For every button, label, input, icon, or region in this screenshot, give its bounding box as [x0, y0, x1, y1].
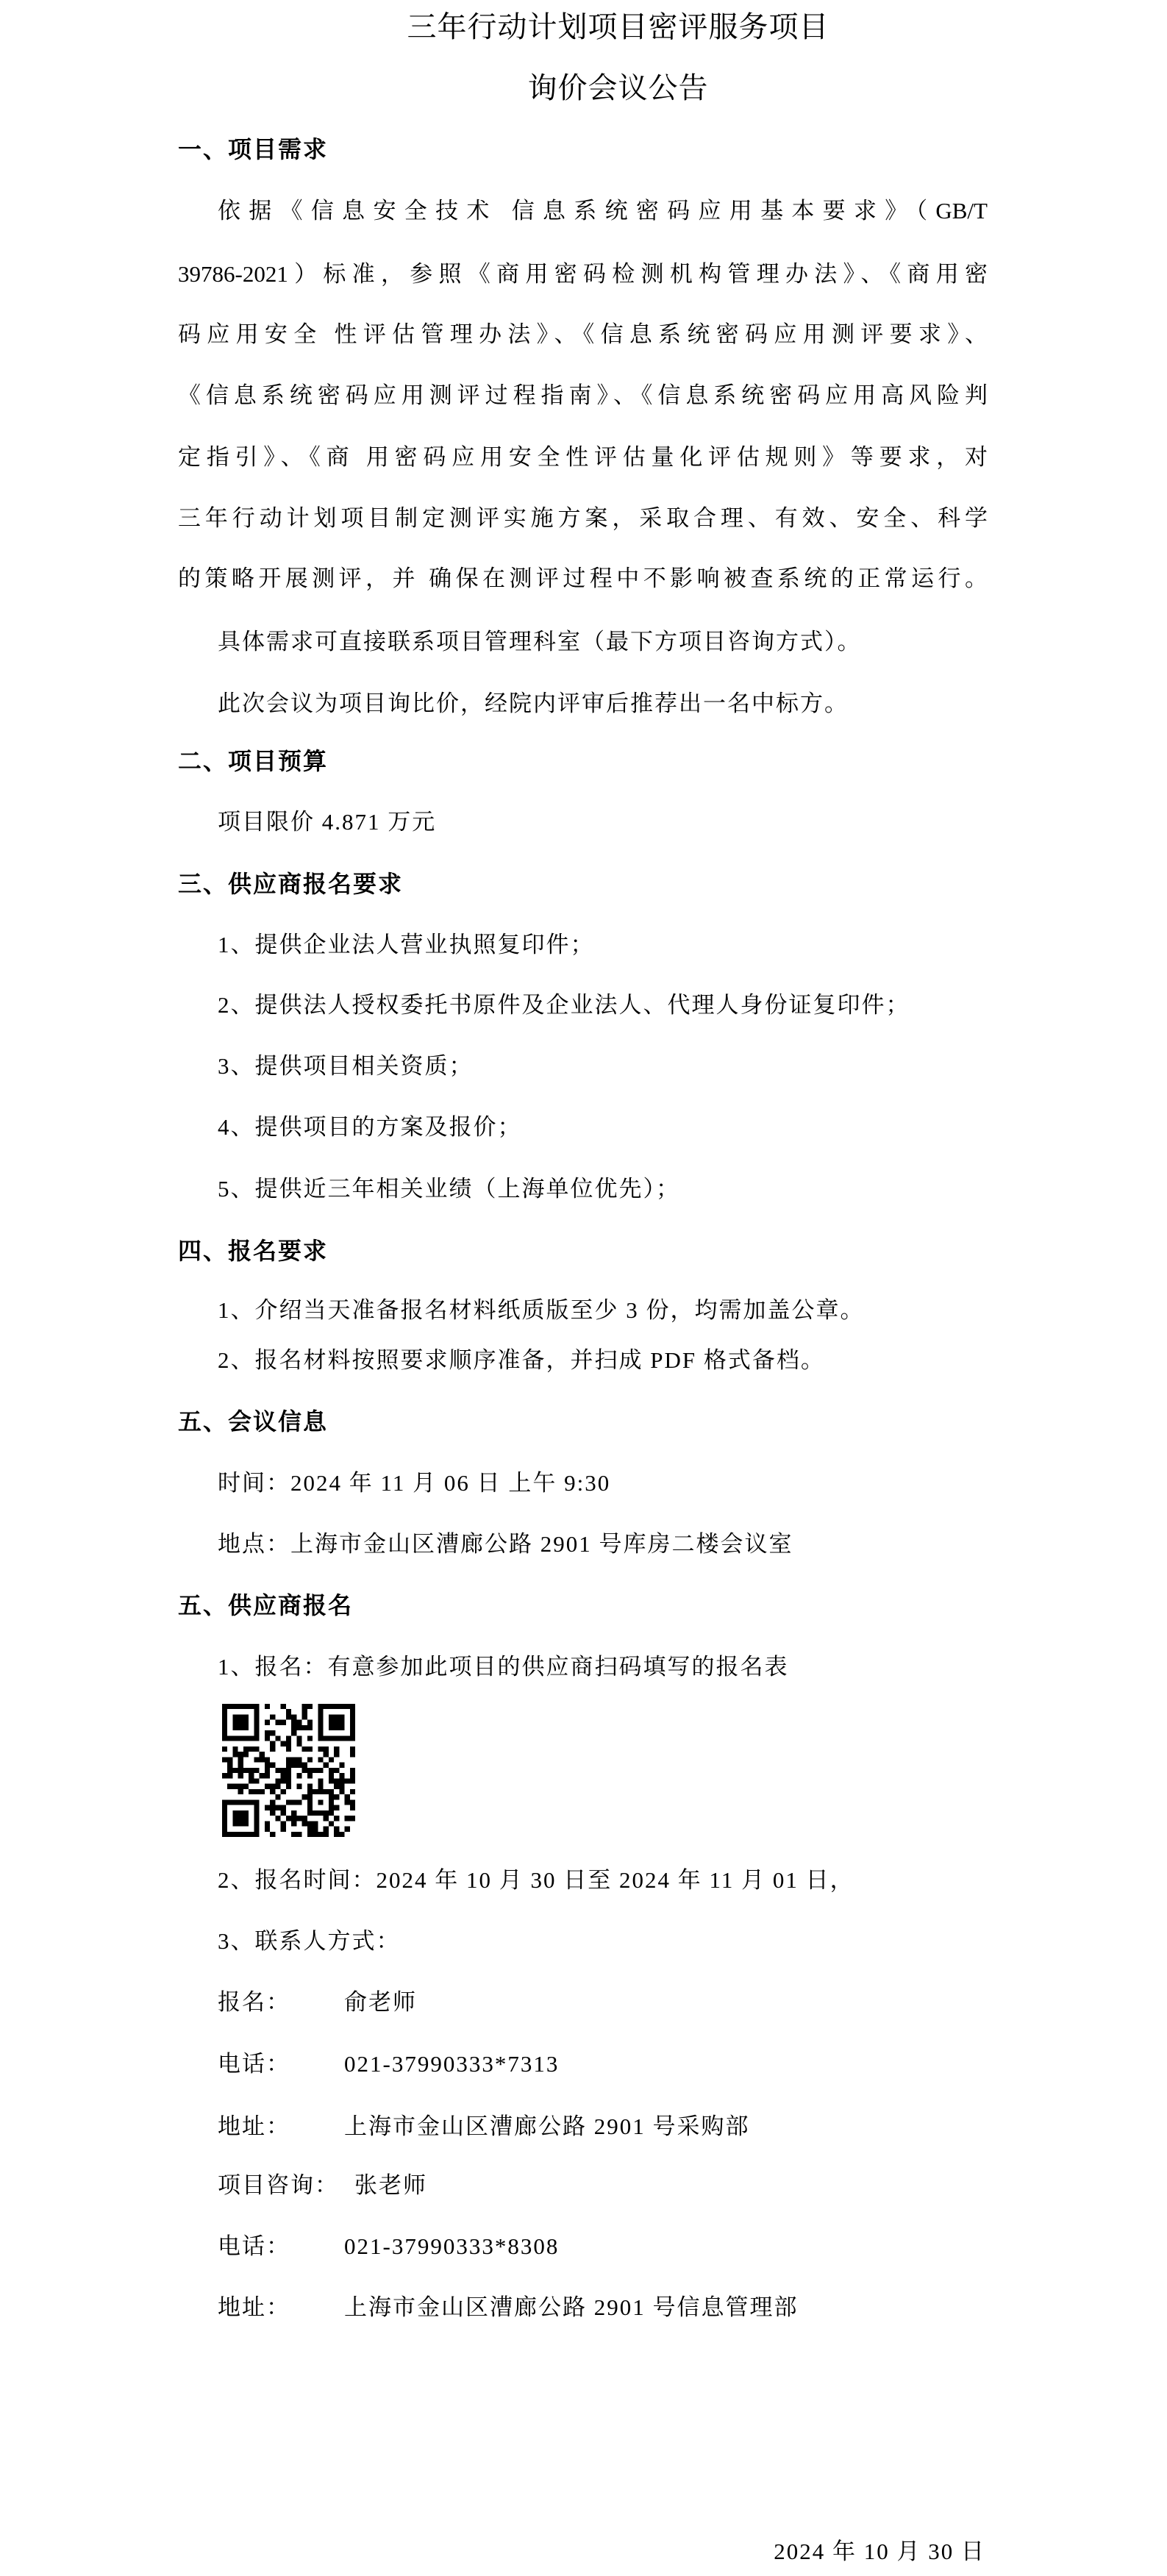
- contact-label: 报名：: [218, 1988, 290, 2017]
- meeting-location: 地点：上海市金山区漕廊公路 2901 号库房二楼会议室: [218, 1530, 793, 1559]
- contact-label: 项目咨询：: [218, 2171, 339, 2200]
- contact-phone: 021-37990333*7313: [344, 2049, 559, 2079]
- announcement-page: 三年行动计划项目密评服务项目 询价会议公告 一、项目需求 依据《信息安全技术 信…: [0, 0, 1167, 2576]
- registration-instruction: 1、报名：有意参加此项目的供应商扫码填写的报名表: [218, 1652, 789, 1682]
- registration-contact-phone-row: 电话： 021-37990333*7313: [218, 2049, 953, 2079]
- registration-period: 2、报名时间：2024 年 10 月 30 日至 2024 年 11 月 01 …: [218, 1866, 854, 1895]
- paragraph-line: 依据《信息安全技术 信息系统密码应用基本要求》（GB/T: [218, 196, 988, 226]
- contact-value: 俞老师: [344, 1988, 417, 2017]
- contact-label: 地址：: [218, 2293, 290, 2322]
- paragraph-line: 三年行动计划项目制定测评实施方案，采取合理、有效、安全、科学: [178, 504, 988, 533]
- requirement-item: 2、提供法人授权委托书原件及企业法人、代理人身份证复印件；: [218, 991, 910, 1020]
- section-heading-registration-requirements: 四、报名要求: [178, 1236, 328, 1266]
- issue-date: 2024 年 10 月 30 日: [774, 2537, 985, 2566]
- paragraph-line: 的策略开展测评，并 确保在测评过程中不影响被查系统的正常运行。: [178, 564, 988, 593]
- consult-contact-name-row: 项目咨询： 张老师: [218, 2171, 953, 2200]
- document-subtitle: 询价会议公告: [0, 71, 1167, 106]
- qr-code-icon: [222, 1704, 355, 1837]
- registration-qr-code[interactable]: [222, 1704, 355, 1837]
- contact-label: 地址：: [218, 2112, 290, 2141]
- contact-note: 具体需求可直接联系项目管理科室（最下方项目咨询方式）。: [218, 627, 862, 657]
- section-heading-meeting-info: 五、会议信息: [178, 1407, 328, 1436]
- registration-contact-address-row: 地址： 上海市金山区漕廊公路 2901 号采购部: [218, 2112, 953, 2141]
- requirement-item: 5、提供近三年相关业绩（上海单位优先）；: [218, 1174, 680, 1204]
- registration-requirement-item: 1、介绍当天准备报名材料纸质版至少 3 份，均需加盖公章。: [218, 1296, 865, 1325]
- meeting-time: 时间：2024 年 11 月 06 日 上午 9:30: [218, 1469, 610, 1498]
- requirement-item: 4、提供项目的方案及报价；: [218, 1113, 522, 1142]
- requirement-item: 3、提供项目相关资质；: [218, 1052, 474, 1081]
- requirement-item: 1、提供企业法人营业执照复印件；: [218, 930, 595, 960]
- section-heading-supplier-registration: 五、供应商报名: [178, 1591, 353, 1620]
- consult-contact-address-row: 地址： 上海市金山区漕廊公路 2901 号信息管理部: [218, 2293, 953, 2322]
- contact-label: 电话：: [218, 2232, 290, 2261]
- budget-text: 项目限价 4.871 万元: [218, 807, 436, 837]
- selection-note: 此次会议为项目询比价，经院内评审后推荐出一名中标方。: [218, 689, 849, 718]
- contact-label: 电话：: [218, 2049, 290, 2079]
- paragraph-line: 39786-2021）标准，参照《商用密码检测机构管理办法》、《商用密: [178, 260, 988, 289]
- registration-contact-name-row: 报名： 俞老师: [218, 1988, 953, 2017]
- consult-contact-phone-row: 电话： 021-37990333*8308: [218, 2232, 953, 2261]
- registration-requirement-item: 2、报名材料按照要求顺序准备，并扫成 PDF 格式备档。: [218, 1346, 825, 1375]
- document-title: 三年行动计划项目密评服务项目: [0, 10, 1167, 45]
- paragraph-line: 定指引》、《商 用密码应用安全性评估量化评估规则》等要求，对: [178, 443, 988, 472]
- section-heading-supplier-requirements: 三、供应商报名要求: [178, 869, 403, 899]
- contact-address: 上海市金山区漕廊公路 2901 号采购部: [344, 2112, 750, 2141]
- paragraph-line: 《信息系统密码应用测评过程指南》、《信息系统密码应用高风险判: [178, 381, 988, 410]
- contact-phone: 021-37990333*8308: [344, 2232, 559, 2261]
- paragraph-line: 码应用安全 性评估管理办法》、《信息系统密码应用测评要求》、: [178, 320, 988, 349]
- contact-methods-label: 3、联系人方式：: [218, 1927, 401, 1956]
- section-heading-requirements: 一、项目需求: [178, 135, 328, 164]
- contact-address: 上海市金山区漕廊公路 2901 号信息管理部: [344, 2293, 799, 2322]
- contact-value: 张老师: [354, 2171, 427, 2200]
- section-heading-budget: 二、项目预算: [178, 746, 328, 776]
